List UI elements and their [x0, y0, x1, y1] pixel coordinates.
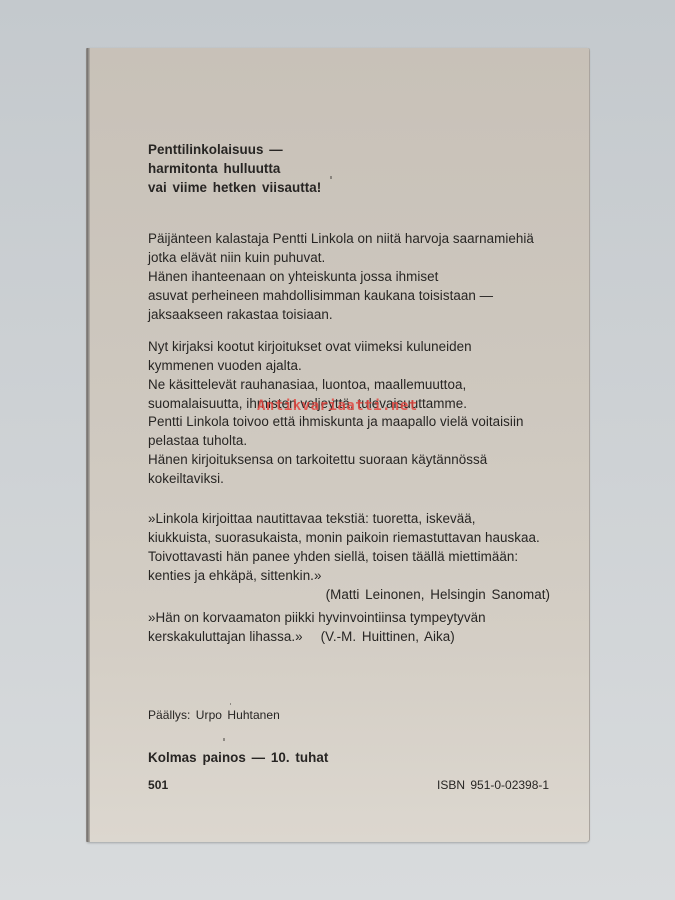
quote-line: »Hän on korvaamaton piikki hyvinvointiin…: [148, 608, 486, 627]
quote-line-with-attribution: kerskakuluttajan lihassa.»(V.-M. Huittin…: [148, 627, 486, 646]
paragraph-line: Pentti Linkola toivoo että ihmiskunta ja…: [148, 412, 523, 431]
quote-attribution: (Matti Leinonen, Helsingin Sanomat): [148, 585, 550, 604]
paragraph-intro: Päijänteen kalastaja Pentti Linkola on n…: [148, 229, 534, 324]
paragraph-line: Hänen kirjoituksensa on tarkoitettu suor…: [148, 450, 523, 469]
paragraph-line: Nyt kirjaksi kootut kirjoitukset ovat vi…: [148, 337, 472, 356]
quote-line: »Linkola kirjoittaa nautittavaa tekstiä:…: [148, 509, 550, 528]
watermark: Antikvariaatti.net: [257, 398, 418, 414]
headline-line: harmitonta hulluutta: [148, 159, 321, 178]
quote-line: kiukkuista, suorasukaista, monin paikoin…: [148, 528, 550, 547]
quote-line: kerskakuluttajan lihassa.»: [148, 629, 303, 644]
headline: Penttilinkolaisuus — harmitonta hulluutt…: [148, 140, 321, 197]
book-back-cover: Penttilinkolaisuus — harmitonta hulluutt…: [87, 48, 589, 842]
paragraph-purpose: Pentti Linkola toivoo että ihmiskunta ja…: [148, 412, 523, 488]
paragraph-line: jaksaakseen rakastaa toisiaan.: [148, 305, 534, 324]
paragraph-line: Hänen ihanteenaan on yhteiskunta jossa i…: [148, 267, 534, 286]
paper-speck: [330, 176, 332, 179]
review-quote-leinonen: »Linkola kirjoittaa nautittavaa tekstiä:…: [148, 509, 550, 604]
headline-line: vai viime hetken viisautta!: [148, 178, 321, 197]
headline-line: Penttilinkolaisuus —: [148, 140, 321, 159]
paper-speck: [223, 738, 225, 741]
quote-line: Toivottavasti hän panee yhden siellä, to…: [148, 547, 550, 566]
paragraph-line: kokeiltaviksi.: [148, 469, 523, 488]
quote-line: kenties ja ehkäpä, sittenkin.»: [148, 566, 550, 585]
catalog-code: 501: [148, 776, 168, 795]
paragraph-line: Ne käsittelevät rauhanasiaa, luontoa, ma…: [148, 375, 472, 394]
paragraph-line: pelastaa tuholta.: [148, 431, 523, 450]
paragraph-line: Päijänteen kalastaja Pentti Linkola on n…: [148, 229, 534, 248]
paper-speck: [230, 703, 231, 705]
paragraph-line: kymmenen vuoden ajalta.: [148, 356, 472, 375]
isbn: ISBN 951-0-02398-1: [437, 776, 549, 795]
cover-credit: Päällys: Urpo Huhtanen: [148, 706, 280, 725]
edition-info: Kolmas painos — 10. tuhat: [148, 748, 328, 767]
review-quote-huittinen: »Hän on korvaamaton piikki hyvinvointiin…: [148, 608, 486, 646]
paragraph-line: asuvat perheineen mahdollisimman kaukana…: [148, 286, 534, 305]
quote-attribution: (V.-M. Huittinen, Aika): [321, 629, 455, 644]
paragraph-line: jotka elävät niin kuin puhuvat.: [148, 248, 534, 267]
